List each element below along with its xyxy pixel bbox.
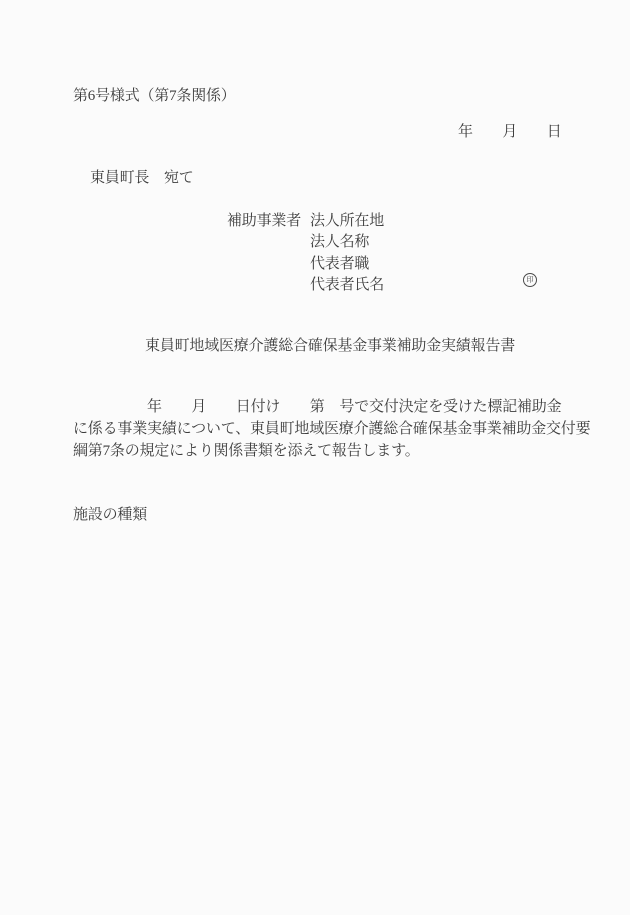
applicant-field-corporate-address: 法人所在地 — [310, 212, 384, 231]
body-line-3: 綱第7条の規定により関係書類を添えて報告します。 — [73, 442, 420, 461]
seal-mark-text: 印 — [526, 276, 533, 283]
applicant-field-representative-name: 代表者氏名 — [310, 276, 384, 295]
applicant-field-representative-title: 代表者職 — [310, 255, 369, 274]
section-label-facility-type: 施設の種類 — [73, 506, 147, 525]
form-number-line: 第6号様式（第7条関係） — [73, 87, 236, 106]
document-title: 東員町地域医療介護総合確保基金事業補助金実績報告書 — [145, 337, 515, 356]
addressee-line: 東員町長 宛て — [90, 169, 194, 188]
date-line: 年 月 日 — [458, 123, 562, 142]
applicant-label: 補助事業者 — [227, 212, 301, 231]
document-page: 第6号様式（第7条関係） 年 月 日 東員町長 宛て 補助事業者 法人所在地 法… — [0, 0, 630, 915]
applicant-field-corporate-name: 法人名称 — [310, 233, 369, 252]
body-line-1: 年 月 日付け 第 号で交付決定を受けた標記補助金 — [73, 398, 561, 417]
body-line-2: に係る事業実績について、東員町地域医療介護総合確保基金事業補助金交付要 — [73, 420, 590, 439]
seal-mark-icon: 印 — [523, 273, 537, 287]
